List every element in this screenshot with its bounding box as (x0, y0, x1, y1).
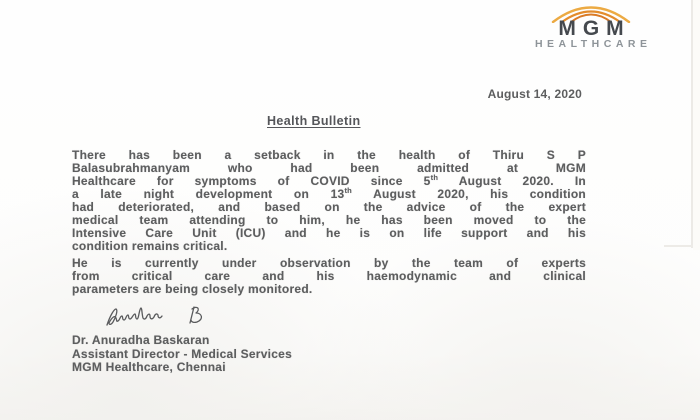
scan-artifact-vertical-line (691, 0, 693, 248)
letter-title: Health Bulletin (267, 114, 361, 128)
paragraph: He is currently under observation by the… (72, 257, 586, 296)
signoff-line: Dr. Anuradha Baskaran (72, 334, 292, 348)
signature-handwriting (100, 302, 215, 335)
mgm-healthcare-logo: MGM HEALTHCARE (520, 3, 662, 50)
signoff-line: MGM Healthcare, Chennai (72, 361, 292, 375)
scanned-letter-page: MGM HEALTHCARE August 14, 2020 Health Bu… (0, 0, 700, 420)
letter-date: August 14, 2020 (440, 87, 582, 101)
signature-icon (100, 302, 215, 330)
logo-wordmark: MGM (520, 21, 669, 37)
body-line: parameters are being closely monitored. (72, 283, 586, 296)
scan-page-edge (693, 0, 700, 250)
signoff-line: Assistant Director - Medical Services (72, 348, 292, 362)
letter-body: There has been a setback in the health o… (72, 149, 586, 296)
paragraph: There has been a setback in the health o… (72, 149, 586, 253)
logo-subtitle: HEALTHCARE (520, 38, 667, 50)
body-line: condition remains critical. (72, 240, 586, 253)
signoff-block: Dr. Anuradha BaskaranAssistant Director … (72, 334, 292, 375)
scan-artifact-horizontal-line (664, 245, 693, 247)
